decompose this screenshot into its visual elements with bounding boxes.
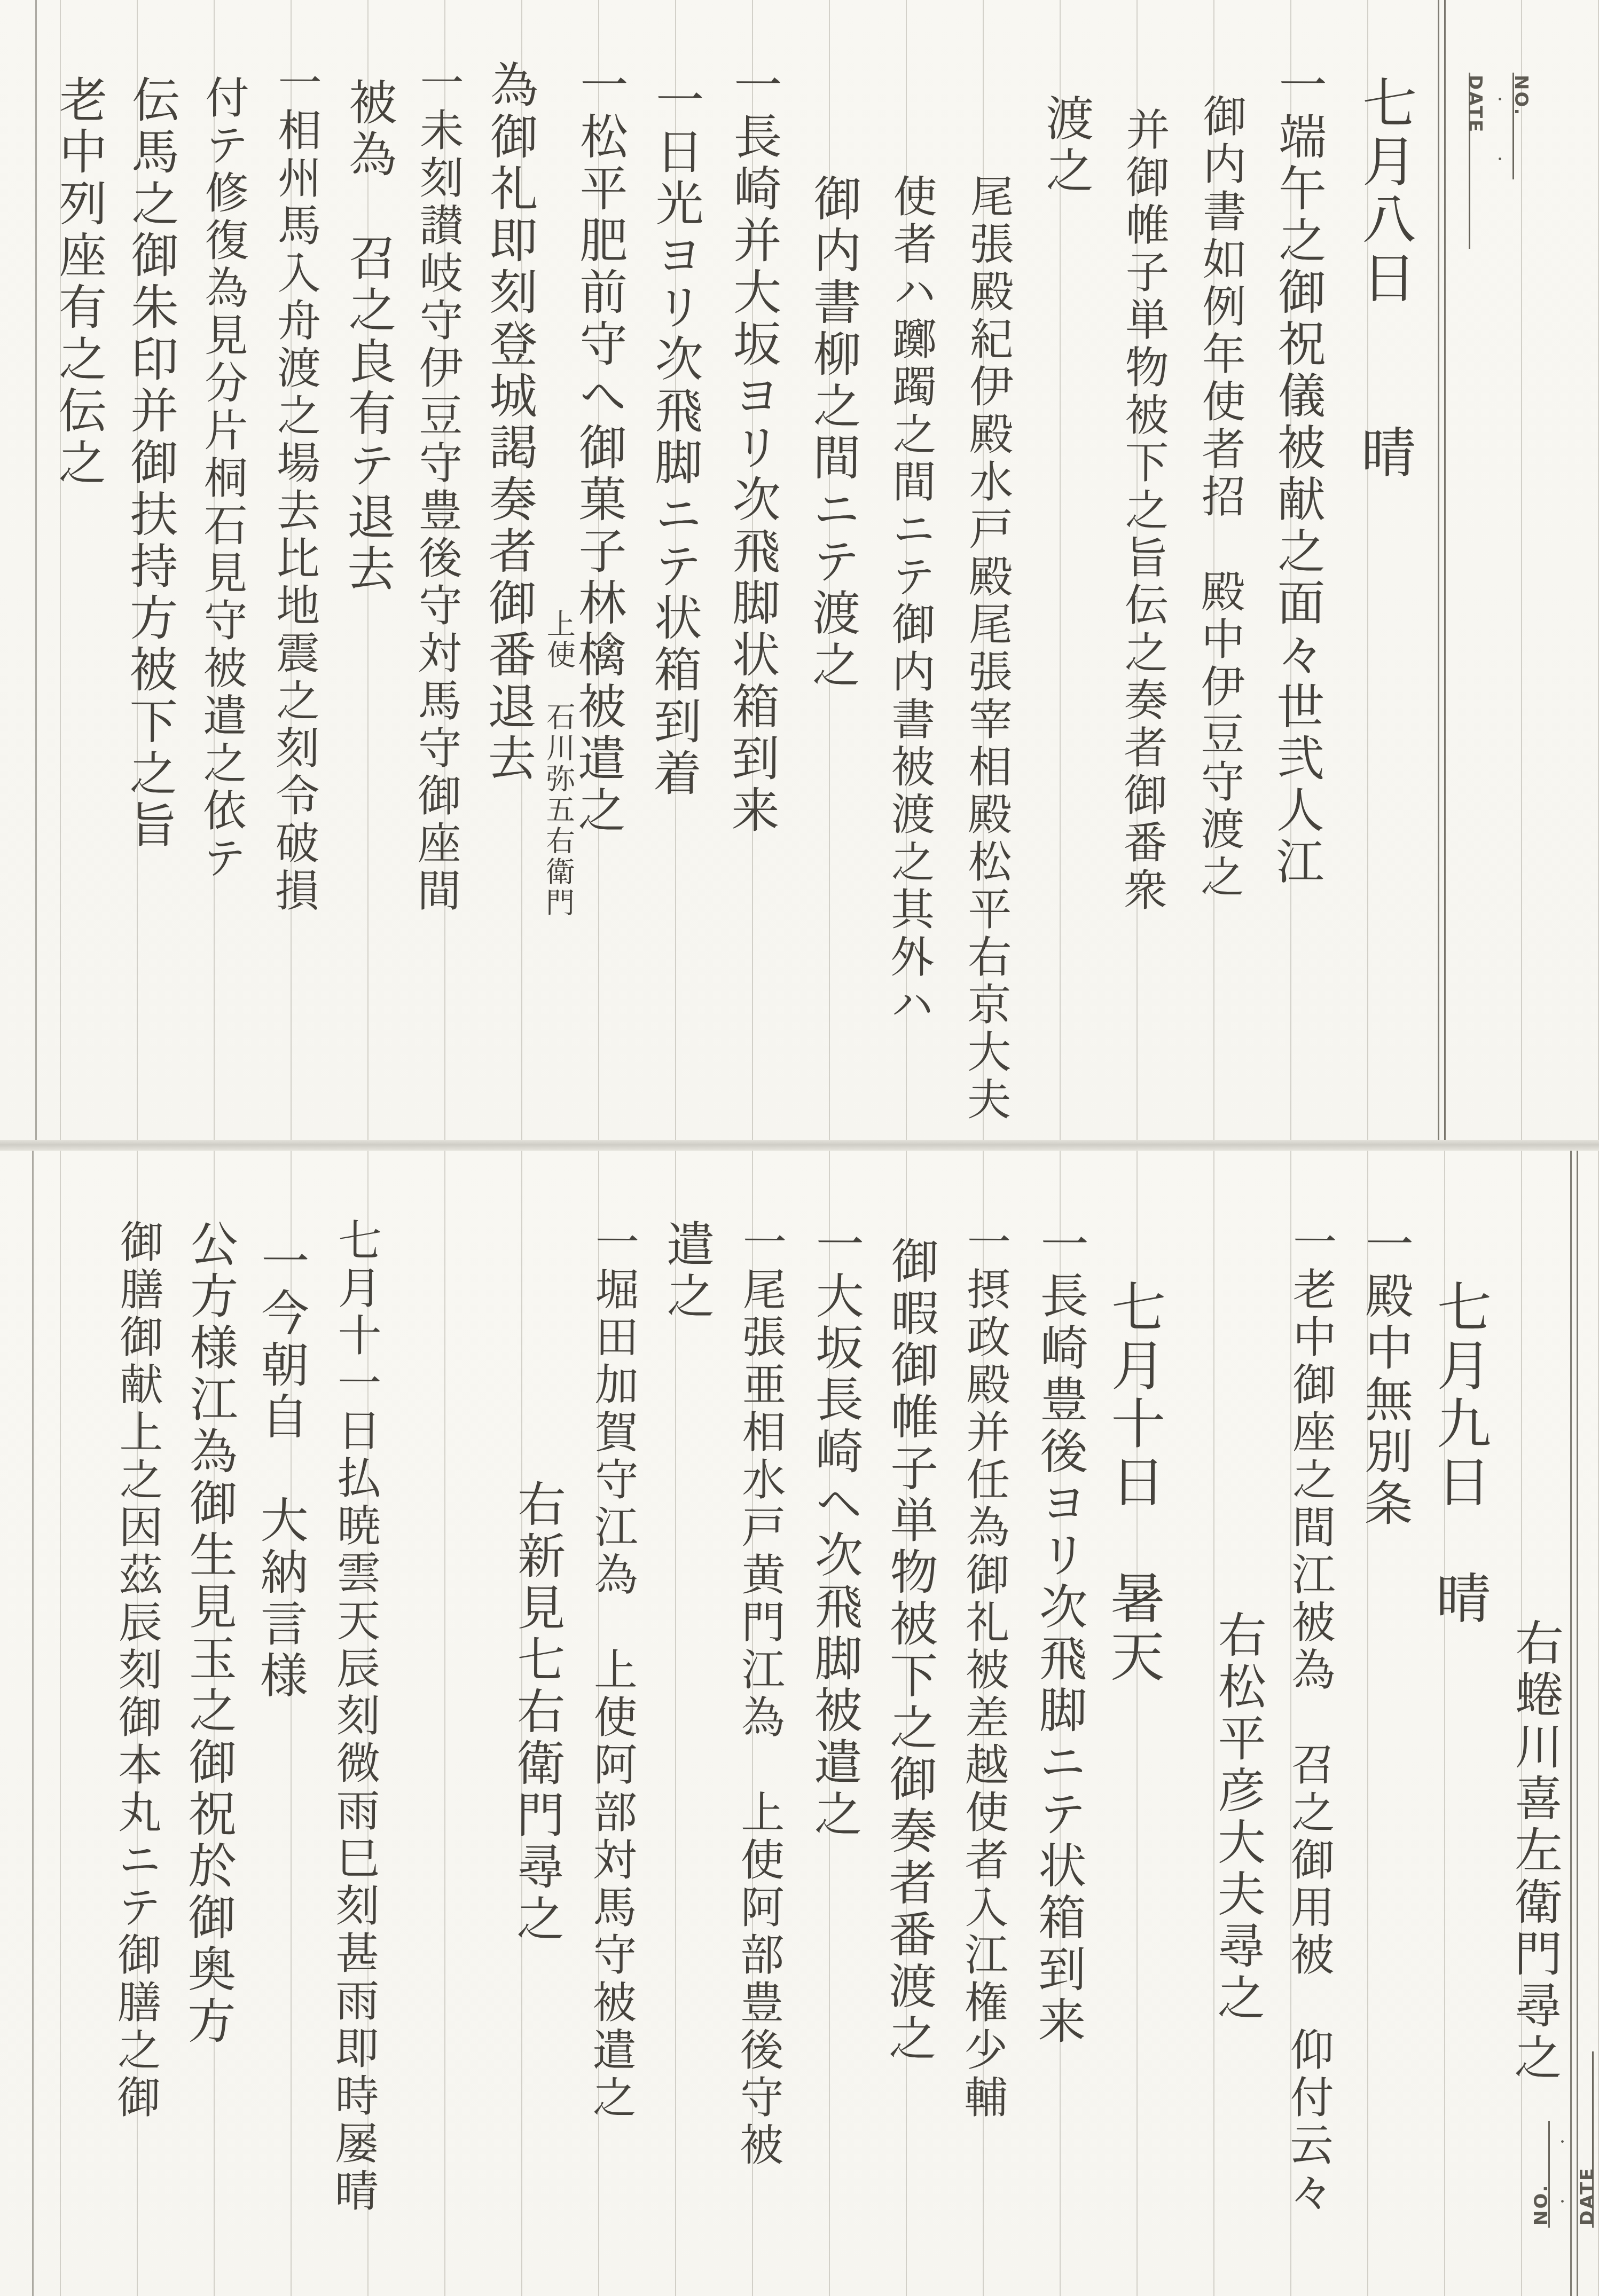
- notebook-scan: { "colors":{"paper":"#f7f6f1","ruled_lin…: [0, 0, 1599, 2296]
- text-column: 御内書柳之間ニテ渡之: [796, 174, 867, 691]
- text-column: 一長崎并大坂ヨリ次飛脚状箱到来: [716, 60, 788, 837]
- text-column: 七月八日 晴: [1345, 75, 1424, 483]
- text-column: 尾張殿紀伊殿水戸殿尾張宰相殿松平右京大夫: [954, 174, 1020, 1124]
- text-column: 渡之: [1030, 93, 1100, 197]
- text-column: 一殿中無別条: [1349, 1219, 1420, 1530]
- text-column: 七月十一日払暁雲天辰刻微雨巳刻甚雨即時屡晴: [322, 1217, 388, 2215]
- text-column: 一堀田加賀守江為 上使阿部対馬守被遣之: [579, 1219, 645, 2122]
- page-2: NO. ・ ・ DATE 右蜷川喜左衛門尋之七月九日 晴一殿中無別条一老中御座之…: [0, 1151, 1599, 2296]
- text-column: 一今朝自 大納言様: [244, 1236, 315, 1702]
- text-column: 遣之: [651, 1219, 721, 1323]
- text-column: 并御帷子単物被下之旨伝之奏者御番衆: [1110, 107, 1175, 915]
- text-column: 一大坂長崎ヘ次飛脚被遣之: [798, 1219, 870, 1841]
- text-column: 一老中御座之間江被為 召之御用被 仰付云々: [1276, 1219, 1343, 2217]
- text-column: 御膳御献上之因茲辰刻御本丸ニテ御膳之御: [104, 1219, 170, 2122]
- page-seam: [0, 1140, 1599, 1151]
- text-column: 老中列座有之伝之: [43, 75, 114, 489]
- text-column: 御暇御帷子単物被下之御奏者番渡之: [873, 1236, 945, 2065]
- date-dots: ・ ・: [1489, 92, 1509, 199]
- date-dots: ・ ・: [1554, 2102, 1573, 2208]
- text-column: 為御礼即刻登城謁奏者御番退去: [473, 60, 545, 785]
- text-column: 付テ修復為見分片桐石見守被遣之依テ: [190, 75, 255, 883]
- text-column: 一尾張亜相水戸黄門江為 上使阿部豊後守被: [726, 1219, 792, 2169]
- left-edge-rule: [35, 0, 37, 1145]
- no-label: NO.: [1531, 2183, 1552, 2226]
- text-column: 上使 石川弥五右衛門: [537, 609, 579, 918]
- text-column: 一日光ヨリ次飛脚ニテ状箱到着: [638, 75, 710, 800]
- text-column: 右松平彦大夫尋之: [1202, 1610, 1273, 2024]
- text-column: 伝馬之御朱印并御扶持方被下之旨: [113, 75, 185, 852]
- text-column: 一未刻讃岐守伊豆守豊後守対馬守御座間: [404, 60, 470, 915]
- date-label: DATE: [1577, 2167, 1598, 2226]
- text-column: 一端午之御祝儀被献之面々世弐人江: [1260, 60, 1332, 888]
- left-edge-rule: [32, 1151, 34, 2296]
- text-column: 一長崎豊後ヨリ次飛脚ニテ状箱到来: [1022, 1219, 1094, 2048]
- text-column: 七月九日 晴: [1420, 1279, 1499, 1629]
- text-column: 一相州馬入舟渡之場去比地震之刻令破損: [262, 60, 328, 915]
- text-column: 公方様江為御生見玉之御祝於御奥方: [172, 1219, 244, 2048]
- text-column: 右蜷川喜左衛門尋之: [1498, 1618, 1569, 2084]
- text-column: 御内書如例年使者招 殿中伊豆守渡之: [1187, 93, 1252, 901]
- page-1: NO. ・ ・ DATE 七月八日 晴一端午之御祝儀被献之面々世弐人江御内書如例…: [0, 0, 1599, 1145]
- text-column: 右新見七右衛門尋之: [500, 1479, 571, 1945]
- no-label: NO.: [1510, 75, 1532, 117]
- text-column: 一摂政殿并任為御礼被差越使者入江権少輔: [951, 1219, 1017, 2122]
- text-column: 七月十日 暑天: [1094, 1279, 1173, 1687]
- margin-double-rule: [1438, 0, 1446, 1145]
- text-column: 使者ハ躑躅之間ニテ御内書被渡之其外ハ: [877, 174, 943, 1029]
- printed-corner-header: NO. ・ ・ DATE: [1463, 12, 1597, 482]
- date-label: DATE: [1464, 75, 1486, 133]
- text-column: 被為 召之良有テ退去: [332, 77, 403, 595]
